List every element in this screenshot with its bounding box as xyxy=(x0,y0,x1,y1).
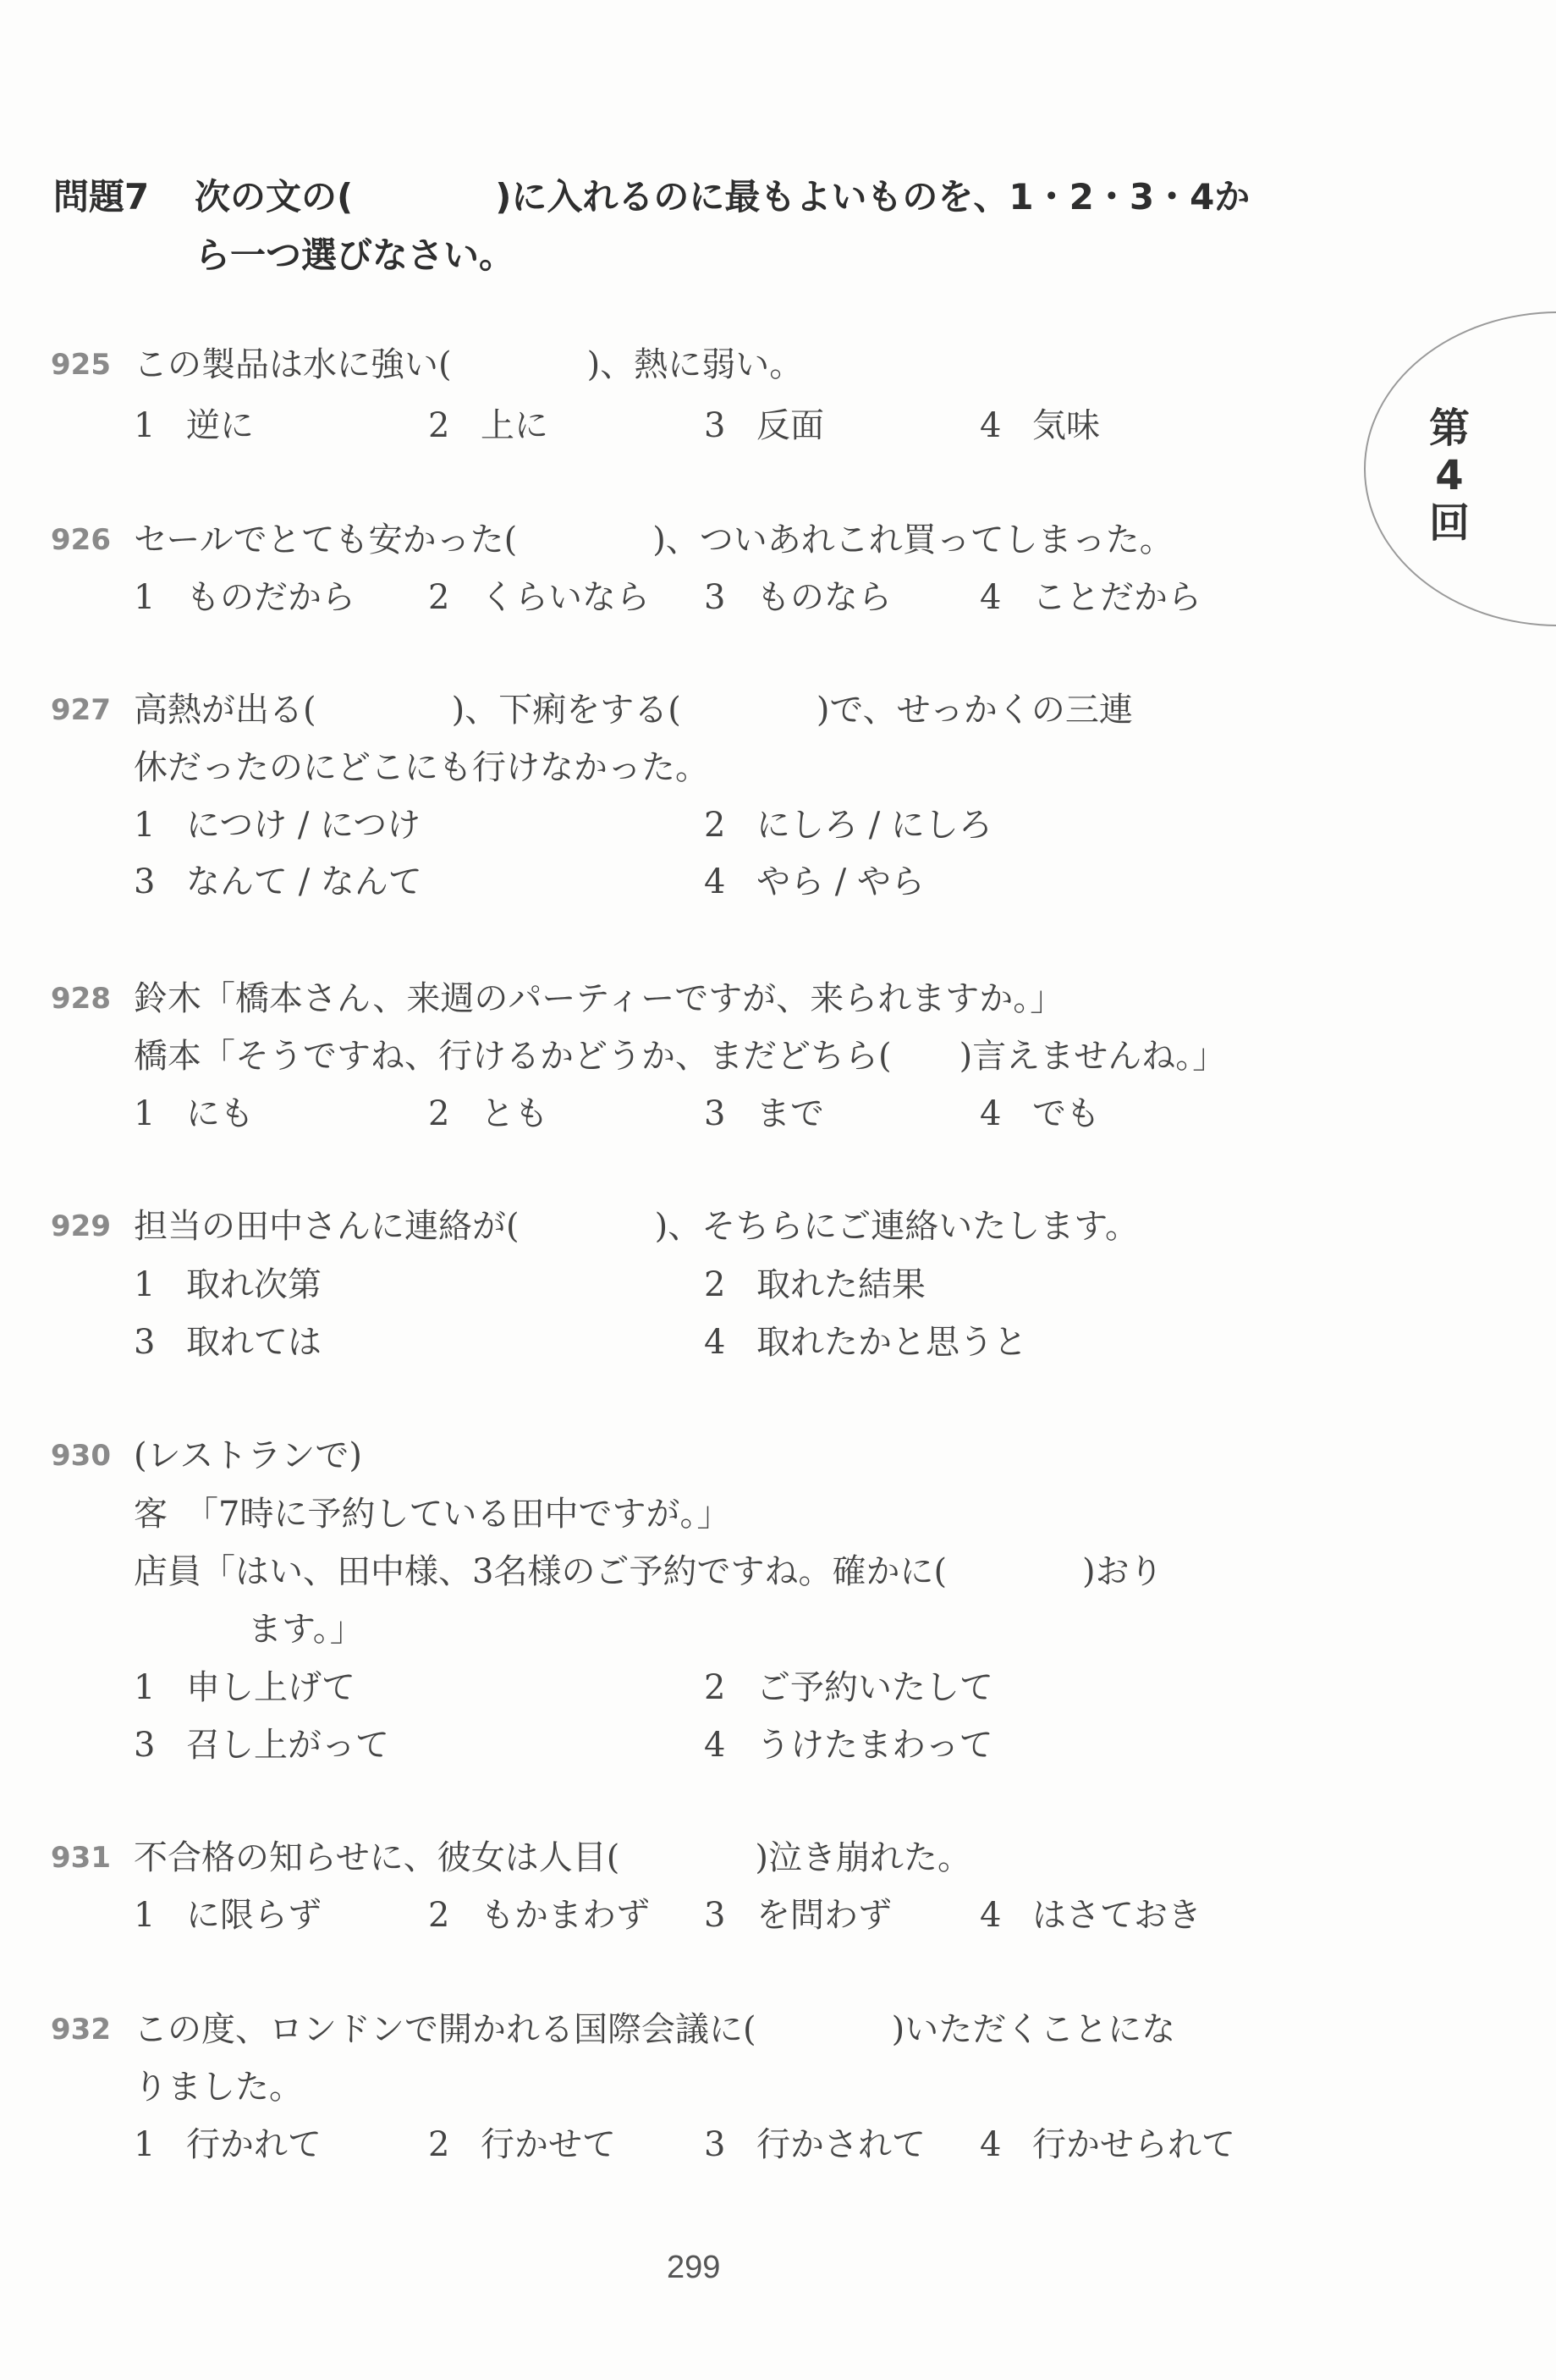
question-text: 高熱が出る( )、下痢をする( )で、せっかくの三連 xyxy=(134,693,1133,727)
option[interactable]: 3反面 xyxy=(704,409,824,443)
option[interactable]: 1取れ次第 xyxy=(134,1268,322,1302)
option[interactable]: 4行かせられて xyxy=(980,2128,1235,2162)
question-text: この製品は水に強い( )、熱に弱い。 xyxy=(134,348,803,382)
question-text: 担当の田中さんに連絡が( )、そちらにご連絡いたします。 xyxy=(134,1209,1139,1243)
option[interactable]: 4やら / やら xyxy=(704,865,925,899)
instruction-line-2: ら一つ選びなさい。 xyxy=(195,238,514,273)
question-text: りました。 xyxy=(134,2070,303,2104)
question-text: 店員「はい、田中様、3名様のご予約ですね。確かに( )おり xyxy=(134,1555,1163,1589)
option[interactable]: 2上に xyxy=(428,409,548,443)
question-text: この度、ロンドンで開かれる国際会議に( )いただくことにな xyxy=(134,2013,1175,2047)
question-number: 929 xyxy=(51,1212,111,1241)
option[interactable]: 4気味 xyxy=(980,409,1100,443)
instruction-line-1: 次の文の( )に入れるのに最もよいものを、1・2・3・4か xyxy=(195,179,1250,215)
option[interactable]: 1逆に xyxy=(134,409,254,443)
option[interactable]: 1に限らず xyxy=(134,1898,322,1932)
question-number: 925 xyxy=(51,350,111,379)
round-badge-text: 第 4 回 xyxy=(1427,405,1472,547)
option[interactable]: 3取れては xyxy=(134,1325,322,1359)
option[interactable]: 3なんて / なんて xyxy=(134,865,422,899)
question-text: (レストランで) xyxy=(134,1439,362,1473)
question-number: 932 xyxy=(51,2015,111,2044)
option[interactable]: 1にも xyxy=(134,1097,254,1131)
option[interactable]: 3まで xyxy=(704,1097,824,1131)
option[interactable]: 4はさておき xyxy=(980,1898,1201,1932)
question-number: 928 xyxy=(51,984,111,1013)
section-label: 問題7 xyxy=(53,179,149,215)
question-text: セールでとても安かった( )、ついあれこれ買ってしまった。 xyxy=(134,523,1174,557)
question-number: 926 xyxy=(51,526,111,554)
option[interactable]: 2くらいなら xyxy=(428,581,650,614)
option[interactable]: 3を問わず xyxy=(704,1898,892,1932)
option[interactable]: 3行かされて xyxy=(704,2128,926,2162)
question-text: 客 「7時に予約している田中ですが。」 xyxy=(134,1497,730,1531)
option[interactable]: 2取れた結果 xyxy=(704,1268,926,1302)
question-text: 鈴木「橋本さん、来週のパーティーですが、来られますか。」 xyxy=(134,982,1064,1016)
question-text: 不合格の知らせに、彼女は人目( )泣き崩れた。 xyxy=(134,1841,971,1875)
page-number: 299 xyxy=(667,2251,720,2284)
question-number: 930 xyxy=(51,1441,111,1470)
option[interactable]: 4でも xyxy=(980,1097,1100,1131)
option[interactable]: 1につけ / につけ xyxy=(134,808,421,842)
question-number: 931 xyxy=(51,1843,111,1872)
option[interactable]: 2もかまわず xyxy=(428,1898,650,1932)
badge-char: 回 xyxy=(1427,499,1472,547)
option[interactable]: 1ものだから xyxy=(134,581,355,614)
question-text: ます。」 xyxy=(248,1612,364,1646)
option[interactable]: 4うけたまわって xyxy=(704,1728,993,1762)
option[interactable]: 1行かれて xyxy=(134,2128,322,2162)
option[interactable]: 3ものなら xyxy=(704,581,892,614)
option[interactable]: 2にしろ / にしろ xyxy=(704,808,992,842)
option[interactable]: 2行かせて xyxy=(428,2128,616,2162)
option[interactable]: 2とも xyxy=(428,1097,548,1131)
badge-char: 4 xyxy=(1427,452,1472,499)
question-text: 橋本「そうですね、行けるかどうか、まだどちら( )言えませんね。」 xyxy=(134,1039,1226,1073)
question-text: 休だったのにどこにも行けなかった。 xyxy=(134,751,709,785)
option[interactable]: 1申し上げて xyxy=(134,1671,355,1705)
option[interactable]: 3召し上がって xyxy=(134,1728,389,1762)
option[interactable]: 2ご予約いたして xyxy=(704,1671,993,1705)
option[interactable]: 4取れたかと思うと xyxy=(704,1325,1027,1359)
badge-char: 第 xyxy=(1427,405,1472,452)
option[interactable]: 4ことだから xyxy=(980,581,1201,614)
question-number: 927 xyxy=(51,696,111,724)
